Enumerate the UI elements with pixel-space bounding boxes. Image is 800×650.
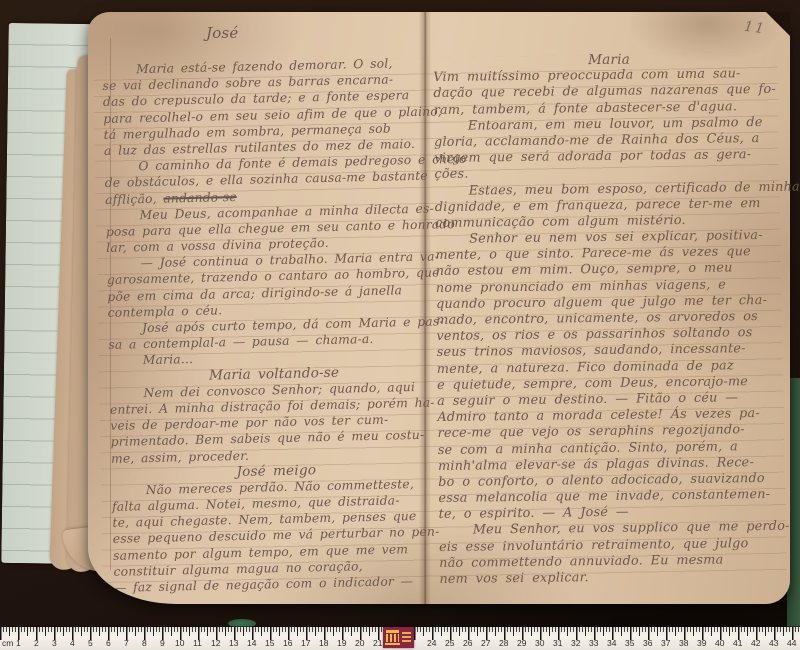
- ruler-number: 6: [106, 638, 111, 648]
- ruler-number: 16: [283, 638, 292, 648]
- stamp-text-line: [402, 640, 411, 642]
- ruler-number: 4: [70, 638, 75, 648]
- ruler-unit-label: cm: [2, 638, 13, 648]
- ruler-number: 5: [88, 638, 93, 648]
- ruler-number: 8: [142, 638, 147, 648]
- ruler-number: 27: [481, 638, 490, 648]
- ruler-number: 38: [679, 638, 688, 648]
- manuscript-spread: José 11 Maria está-se fazendo demorar. O…: [88, 12, 790, 604]
- ruler-number: 19: [337, 638, 346, 648]
- ruler-number: 2: [34, 638, 39, 648]
- stamp-text-line: [402, 632, 411, 634]
- left-page-lines: Maria está-se fazendo demorar. O sol,se …: [102, 55, 444, 597]
- ruler-number: 31: [553, 638, 562, 648]
- ruler-number: 10: [175, 638, 184, 648]
- ruler-number: 30: [535, 638, 544, 648]
- ruler-number: 15: [265, 638, 274, 648]
- right-page-lines: MariaVim muitíssimo preoccupada com uma …: [433, 50, 791, 588]
- ruler-number: 34: [607, 638, 616, 648]
- ruler-number: 36: [643, 638, 652, 648]
- ruler-number: 40: [715, 638, 724, 648]
- stamp-building-icon: [386, 634, 399, 642]
- ruler-number: 20: [355, 638, 364, 648]
- ruler-number: 7: [124, 638, 129, 648]
- archive-stamp: [383, 627, 414, 648]
- ruler-number: 35: [625, 638, 634, 648]
- scanned-manuscript-viewer: { "document": { "type": "handwritten-man…: [0, 0, 800, 650]
- ruler-number: 41: [733, 638, 742, 648]
- page-corner-fold: [766, 12, 790, 36]
- ruler-number: 18: [319, 638, 328, 648]
- ruler-number: 11: [193, 638, 202, 648]
- ruler-number: 17: [301, 638, 310, 648]
- ruler-number: 25: [445, 638, 454, 648]
- ruler-number: 28: [499, 638, 508, 648]
- ruler-number: 29: [517, 638, 526, 648]
- ruler-number: 39: [697, 638, 706, 648]
- page-number: 11: [743, 19, 767, 38]
- stamp-building-icon: [386, 630, 399, 633]
- ruler-number: 42: [751, 638, 760, 648]
- ruler-number: 21: [373, 638, 382, 648]
- ruler-number: 14: [247, 638, 256, 648]
- ruler-number: 33: [589, 638, 598, 648]
- ruler-number: 44: [787, 638, 796, 648]
- manuscript-line: nem vos sei explicar.: [439, 568, 791, 588]
- stamp-text-line: [402, 636, 411, 638]
- ruler-number: 24: [427, 638, 436, 648]
- ruler-number: 12: [211, 638, 220, 648]
- ruler-number: 32: [571, 638, 580, 648]
- ruler-number: 43: [769, 638, 778, 648]
- left-page-heading: José: [206, 24, 238, 42]
- ruler-number: 13: [229, 638, 238, 648]
- ruler-number: 9: [160, 638, 165, 648]
- ruler-number: 3: [52, 638, 57, 648]
- stamp-building-icon: [385, 643, 400, 645]
- ruler-number: 26: [463, 638, 472, 648]
- ruler-number: 37: [661, 638, 670, 648]
- ruler-number: 1: [16, 638, 21, 648]
